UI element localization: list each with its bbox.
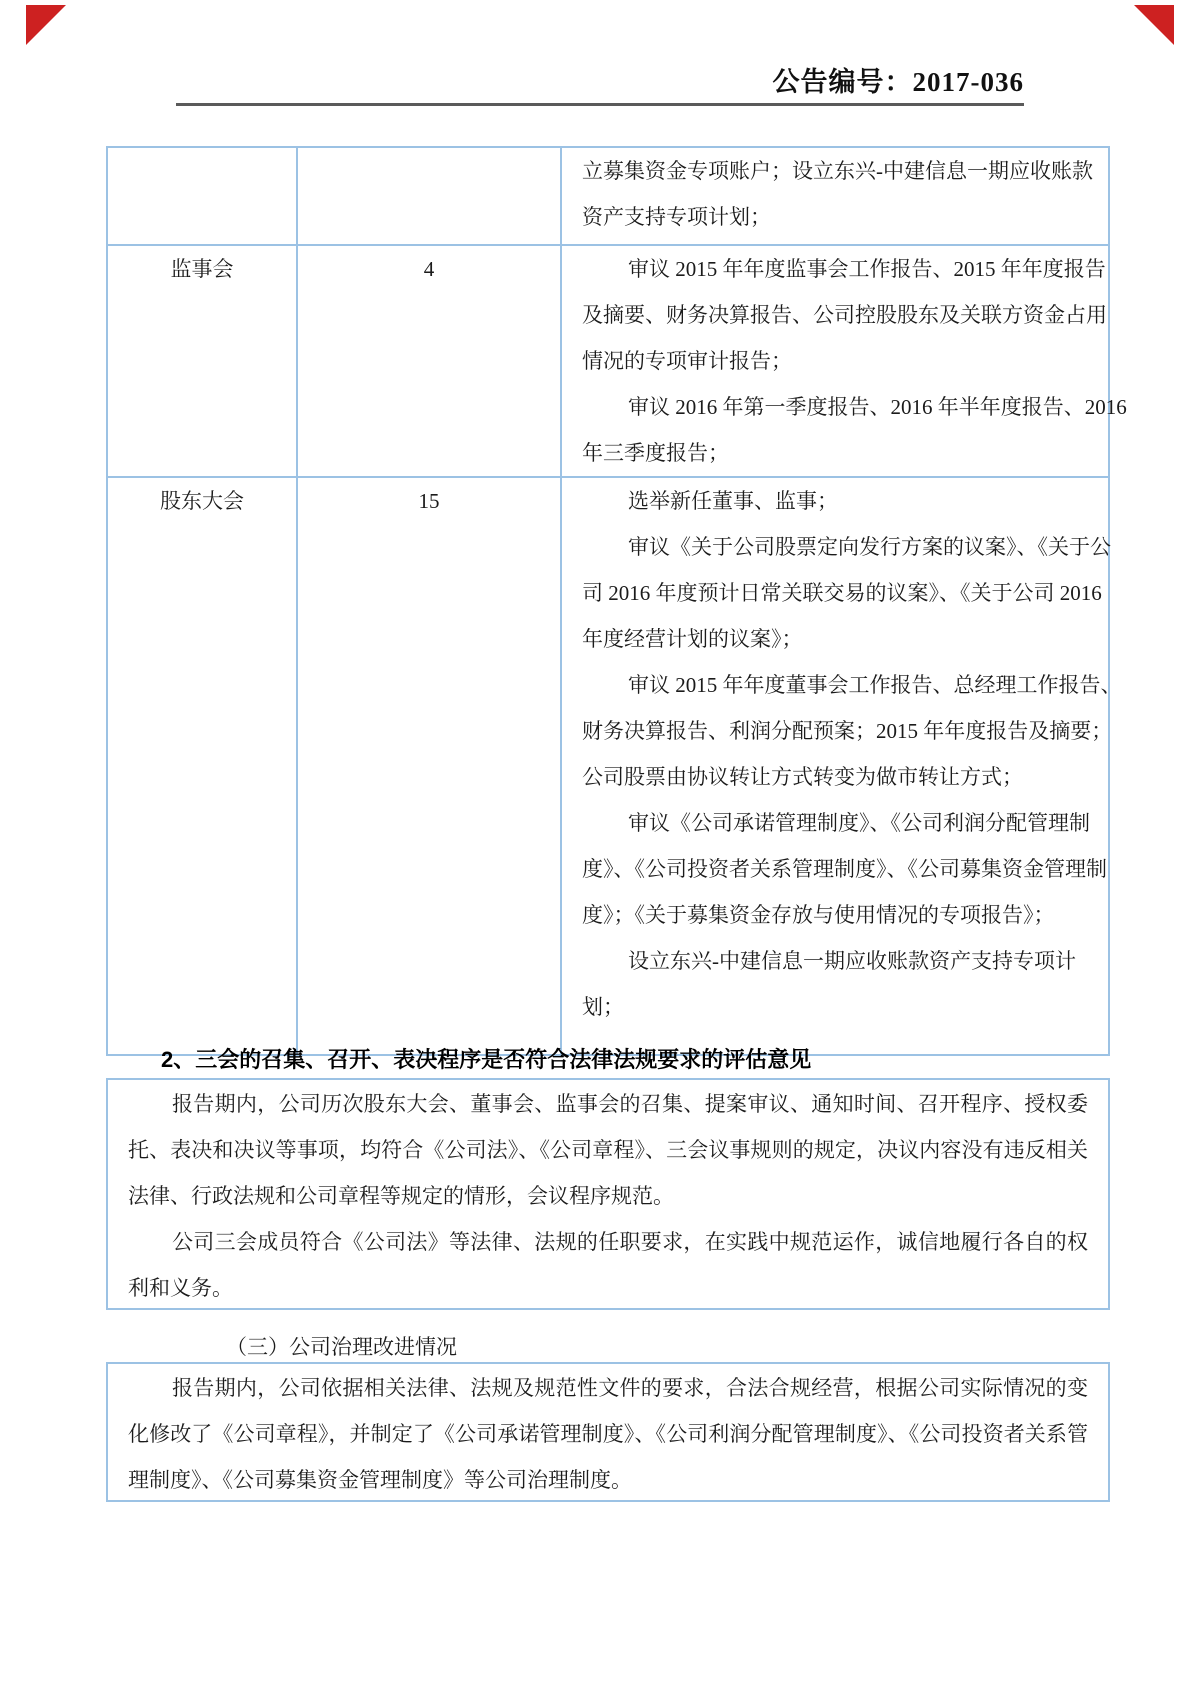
meeting-content-line: 选举新任董事、监事；: [582, 478, 1092, 524]
document-page: 公告编号：2017-036 立募集资金专项账户；设立东兴-中建信息一期应收账款资…: [0, 0, 1200, 1697]
meeting-content-line: 审议《关于公司股票定向发行方案的议案》、《关于公: [582, 524, 1092, 570]
improvement-text-box: 报告期内，公司依据相关法律、法规及规范性文件的要求，合法合规经营，根据公司实际情…: [106, 1362, 1110, 1502]
evaluation-paragraph-2: 公司三会成员符合《公司法》等法律、法规的任职要求，在实践中规范运作，诚信地履行各…: [128, 1219, 1088, 1310]
meeting-content-line: 划；: [582, 984, 1092, 1030]
meeting-content-line: 及摘要、财务决算报告、公司控股股东及关联方资金占用: [582, 292, 1092, 338]
improvement-paragraph-1: 报告期内，公司依据相关法律、法规及规范性文件的要求，合法合规经营，根据公司实际情…: [128, 1365, 1088, 1502]
meeting-content-line: 公司股票由协议转让方式转变为做市转让方式；: [582, 754, 1092, 800]
meeting-count-cell: [297, 147, 561, 245]
meetings-table: 立募集资金专项账户；设立东兴-中建信息一期应收账款资产支持专项计划；监事会4审议…: [106, 146, 1110, 1056]
meeting-content-line: 审议 2015 年年度董事会工作报告、总经理工作报告、: [582, 662, 1092, 708]
meeting-count-cell: 15: [297, 477, 561, 1055]
organ-cell: 股东大会: [107, 477, 297, 1055]
announcement-number: 公告编号：2017-036: [176, 60, 1024, 99]
table-row: 监事会4审议 2015 年年度监事会工作报告、2015 年年度报告及摘要、财务决…: [107, 245, 1109, 477]
header-divider: [176, 103, 1024, 106]
meetings-table-body: 立募集资金专项账户；设立东兴-中建信息一期应收账款资产支持专项计划；监事会4审议…: [107, 147, 1109, 1055]
meeting-content-cell: 审议 2015 年年度监事会工作报告、2015 年年度报告及摘要、财务决算报告、…: [561, 245, 1109, 477]
table-row: 股东大会15选举新任董事、监事；审议《关于公司股票定向发行方案的议案》、《关于公…: [107, 477, 1109, 1055]
organ-cell: 监事会: [107, 245, 297, 477]
table-row: 立募集资金专项账户；设立东兴-中建信息一期应收账款资产支持专项计划；: [107, 147, 1109, 245]
meeting-content-line: 度》；《关于募集资金存放与使用情况的专项报告》；: [582, 892, 1092, 938]
meeting-content-line: 情况的专项审计报告；: [582, 338, 1092, 384]
evaluation-paragraph-1: 报告期内，公司历次股东大会、董事会、监事会的召集、提案审议、通知时间、召开程序、…: [128, 1081, 1088, 1219]
meeting-content-line: 财务决算报告、利润分配预案；2015 年年度报告及摘要；: [582, 708, 1092, 754]
meeting-content-line: 年三季度报告；: [582, 430, 1092, 476]
organ-cell: [107, 147, 297, 245]
meeting-content-line: 立募集资金专项账户；设立东兴-中建信息一期应收账款: [582, 148, 1092, 194]
meeting-content-line: 审议《公司承诺管理制度》、《公司利润分配管理制: [582, 800, 1092, 846]
red-corner-triangle-left-icon: [26, 5, 66, 45]
meeting-content-line: 审议 2016 年第一季度报告、2016 年半年度报告、2016: [582, 384, 1092, 430]
meeting-count-cell: 4: [297, 245, 561, 477]
section-heading-evaluation: 2、三会的召集、召开、表决程序是否符合法律法规要求的评估意见: [106, 1046, 1110, 1074]
meeting-content-cell: 立募集资金专项账户；设立东兴-中建信息一期应收账款资产支持专项计划；: [561, 147, 1109, 245]
meeting-content-line: 审议 2015 年年度监事会工作报告、2015 年年度报告: [582, 246, 1092, 292]
red-corner-triangle-right-icon: [1134, 5, 1174, 45]
meeting-content-line: 度》、《公司投资者关系管理制度》、《公司募集资金管理制: [582, 846, 1092, 892]
meeting-content-line: 资产支持专项计划；: [582, 194, 1092, 240]
meeting-content-line: 司 2016 年度预计日常关联交易的议案》、《关于公司 2016: [582, 570, 1092, 616]
meeting-content-line: 年度经营计划的议案》；: [582, 616, 1092, 662]
meeting-content-line: 设立东兴-中建信息一期应收账款资产支持专项计: [582, 938, 1092, 984]
meeting-content-cell: 选举新任董事、监事；审议《关于公司股票定向发行方案的议案》、《关于公司 2016…: [561, 477, 1109, 1055]
evaluation-text-box: 报告期内，公司历次股东大会、董事会、监事会的召集、提案审议、通知时间、召开程序、…: [106, 1078, 1110, 1310]
section-heading-improvement: （三）公司治理改进情况: [226, 1332, 457, 1362]
